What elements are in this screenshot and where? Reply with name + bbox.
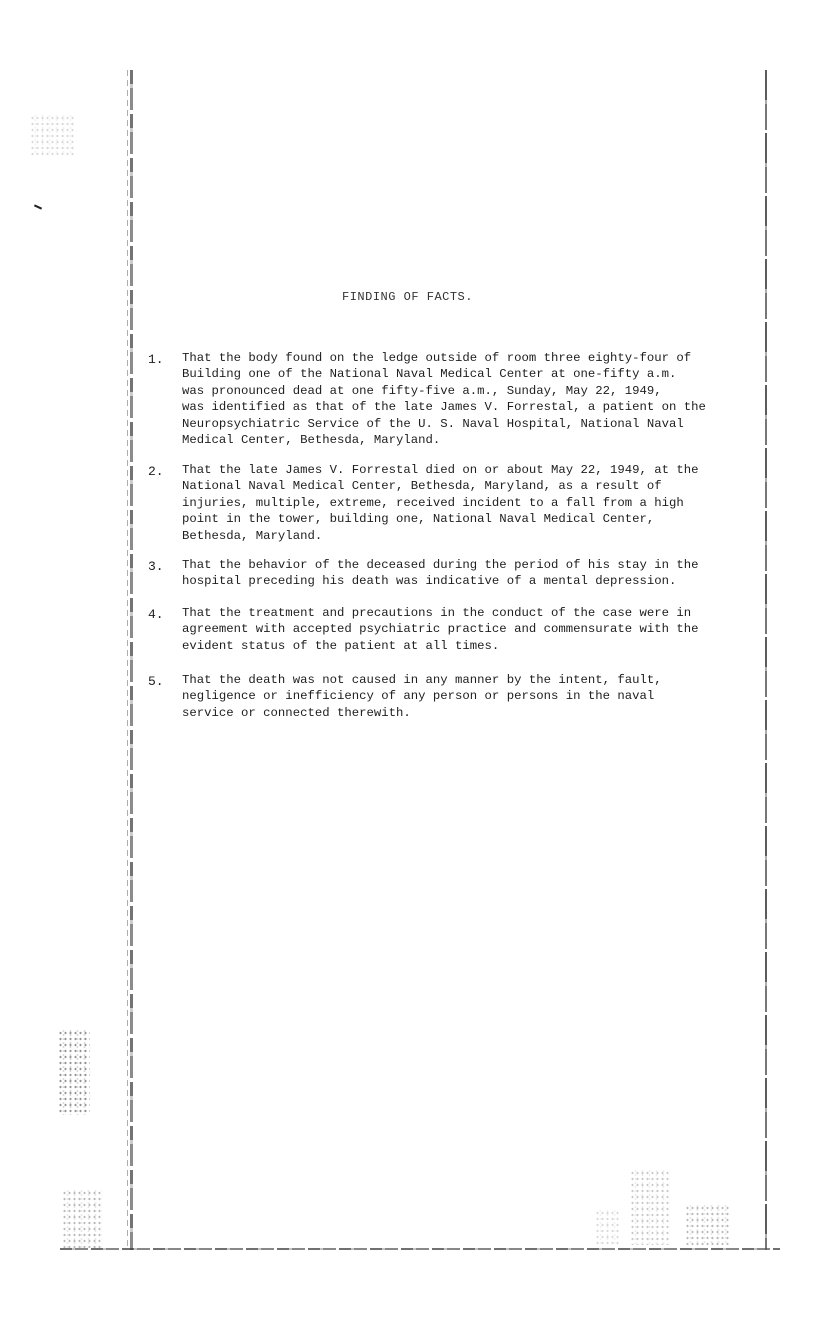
finding-text: That the behavior of the deceased during… — [182, 557, 802, 590]
finding-number: 2. — [148, 464, 178, 480]
finding-text: That the death was not caused in any man… — [182, 672, 802, 721]
finding-text: That the late James V. Forrestal died on… — [182, 462, 802, 544]
binding-line-left — [130, 70, 133, 1250]
finding-line: was pronounced dead at one fifty-five a.… — [182, 383, 802, 399]
finding-line: National Naval Medical Center, Bethesda,… — [182, 478, 802, 494]
finding-line: Medical Center, Bethesda, Maryland. — [182, 432, 802, 448]
finding-line: agreement with accepted psychiatric prac… — [182, 621, 802, 637]
finding-line: Bethesda, Maryland. — [182, 528, 802, 544]
scan-noise — [595, 1210, 620, 1245]
finding-line: That the body found on the ledge outside… — [182, 350, 802, 366]
finding-line: That the death was not caused in any man… — [182, 672, 802, 688]
binding-line-left-thin — [127, 70, 128, 1250]
finding-line: was identified as that of the late James… — [182, 399, 802, 415]
scan-mark — [34, 204, 42, 209]
scan-noise — [58, 1030, 90, 1115]
document-title: FINDING OF FACTS. — [0, 290, 815, 304]
finding-line: point in the tower, building one, Nation… — [182, 511, 802, 527]
finding-number: 4. — [148, 607, 178, 623]
finding-number: 5. — [148, 674, 178, 690]
finding-line: hospital preceding his death was indicat… — [182, 573, 802, 589]
finding-number: 3. — [148, 559, 178, 575]
finding-text: That the treatment and precautions in th… — [182, 605, 802, 654]
finding-line: injuries, multiple, extreme, received in… — [182, 495, 802, 511]
scanned-document-page: FINDING OF FACTS. 1. That the body found… — [0, 0, 815, 1344]
margin-line-bottom — [60, 1248, 780, 1250]
finding-line: service or connected therewith. — [182, 705, 802, 721]
finding-line: That the late James V. Forrestal died on… — [182, 462, 802, 478]
scan-noise — [630, 1170, 670, 1245]
finding-line: That the behavior of the deceased during… — [182, 557, 802, 573]
finding-line: evident status of the patient at all tim… — [182, 638, 802, 654]
finding-line: Neuropsychiatric Service of the U. S. Na… — [182, 416, 802, 432]
finding-line: That the treatment and precautions in th… — [182, 605, 802, 621]
finding-line: Building one of the National Naval Medic… — [182, 366, 802, 382]
scan-noise — [30, 115, 75, 155]
finding-text: That the body found on the ledge outside… — [182, 350, 802, 448]
finding-number: 1. — [148, 352, 178, 368]
finding-line: negligence or inefficiency of any person… — [182, 688, 802, 704]
scan-noise — [62, 1190, 102, 1248]
margin-line-right — [765, 70, 767, 1250]
scan-noise — [685, 1205, 730, 1245]
